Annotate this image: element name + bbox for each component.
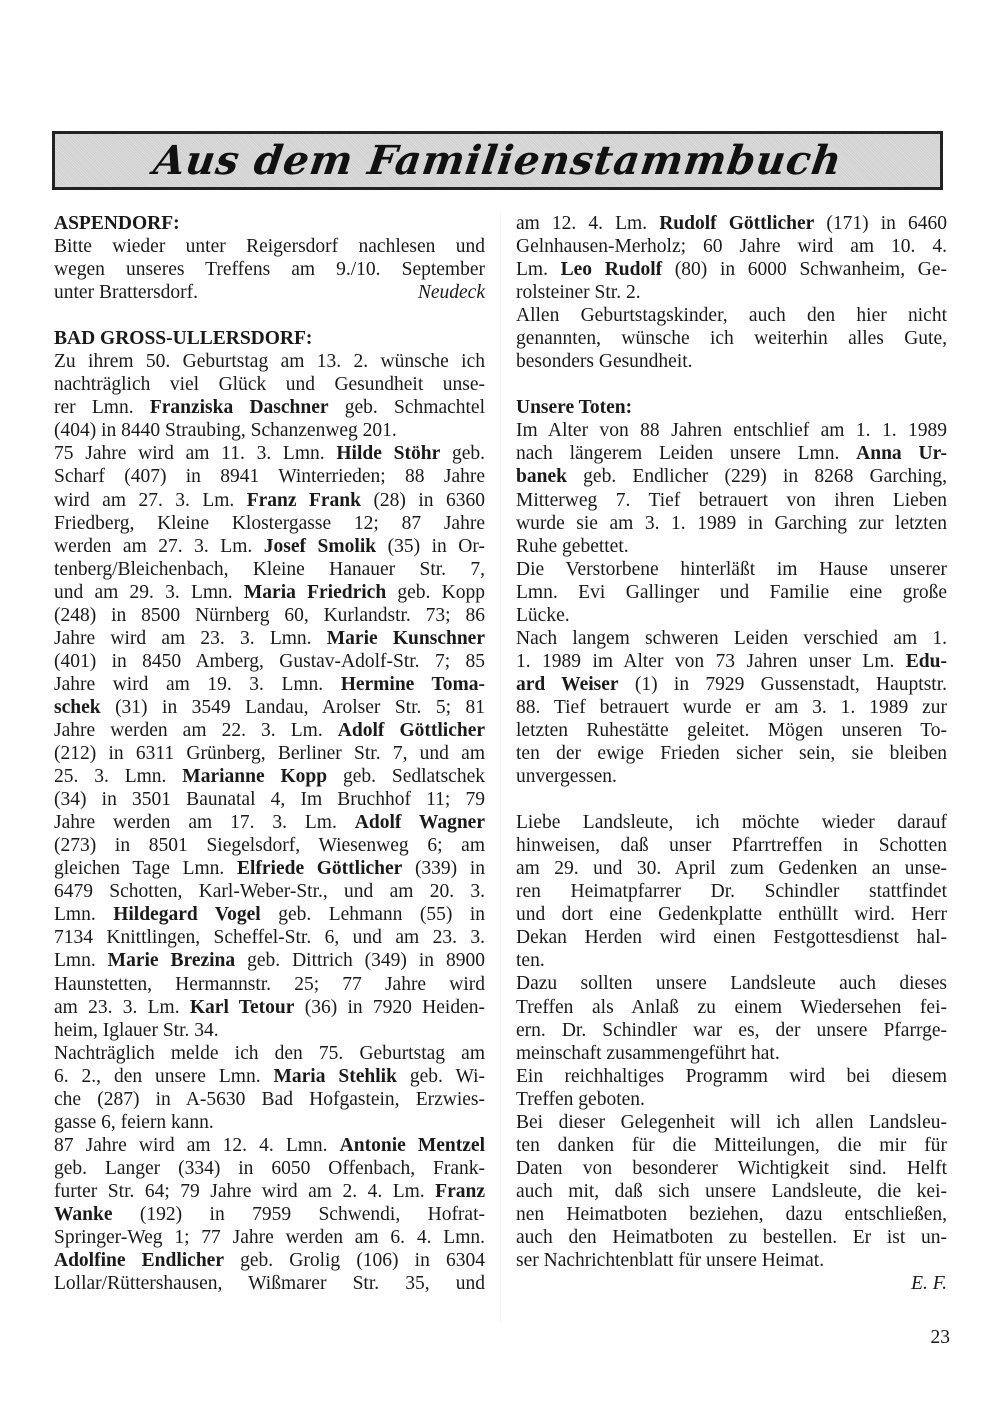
section-heading: ASPENDORF: xyxy=(54,212,485,235)
text-line: gleichen Tage Lmn. Elfriede Göttlicher (… xyxy=(54,857,485,880)
section-aspendorf: ASPENDORF: Bitte wieder unter Reigersdor… xyxy=(54,212,485,304)
text-line: banek geb. Endlicher (229) in 8268 Garch… xyxy=(516,465,947,488)
text-line: Lmn. Evi Gallinger und Familie eine groß… xyxy=(516,581,947,604)
section-body: Liebe Landsleute, ich möchte wieder dara… xyxy=(516,811,947,1272)
text-line: tenberg/Bleichenbach, Kleine Hanauer Str… xyxy=(54,558,485,581)
text-line: genannten, wünsche ich weiterhin alles G… xyxy=(516,327,947,350)
person-name: Edu- xyxy=(906,651,947,672)
text-line: am 29. und 30. April zum Gedenken an uns… xyxy=(516,857,947,880)
text-line: Zu ihrem 50. Geburtstag am 13. 2. wünsch… xyxy=(54,350,485,373)
text-line: Lmn. Marie Brezina geb. Dittrich (349) i… xyxy=(54,949,485,972)
person-name: ard Weiser xyxy=(516,674,619,695)
text-line: ten der ewige Frieden sicher sein, sie b… xyxy=(516,742,947,765)
spacer xyxy=(516,373,947,396)
person-name: Marianne Kopp xyxy=(182,766,327,787)
text-line: furter Str. 64; 79 Jahre wird am 2. 4. L… xyxy=(54,1180,485,1203)
person-name: Anna Ur- xyxy=(856,443,947,464)
section-unsere-toten: Unsere Toten: Im Alter von 88 Jahren ent… xyxy=(516,396,947,788)
person-name: schek xyxy=(54,697,101,718)
text-line-start: unter Brattersdorf. xyxy=(54,281,198,304)
person-name: banek xyxy=(516,466,567,487)
text-line: Daten von besonderer Wichtigkeit sind. H… xyxy=(516,1157,947,1180)
person-name: Leo Rudolf xyxy=(561,259,663,280)
author-signature: Neudeck xyxy=(418,281,485,304)
text-line: rolsteiner Str. 2. xyxy=(516,281,947,304)
text-line: Mitterweg 7. Tief betrauert von ihren Li… xyxy=(516,489,947,512)
text-line: ren Heimatpfarrer Dr. Schindler stattfin… xyxy=(516,880,947,903)
text-line: besonders Gesundheit. xyxy=(516,350,947,373)
text-line: und am 29. 3. Lmn. Maria Friedrich geb. … xyxy=(54,581,485,604)
text-line: Treffen als Anlaß zu einem Wiedersehen f… xyxy=(516,996,947,1019)
text-line: wegen unseres Treffens am 9./10. Septemb… xyxy=(54,258,485,281)
text-line: Liebe Landsleute, ich möchte wieder dara… xyxy=(516,811,947,834)
person-name: Antonie Mentzel xyxy=(340,1135,485,1156)
text-line: Die Verstorbene hinterläßt im Hause unse… xyxy=(516,558,947,581)
text-line: letzten Ruhestätte geleitet. Mögen unser… xyxy=(516,719,947,742)
text-line: heim, Iglauer Str. 34. xyxy=(54,1019,485,1042)
section-letter: Liebe Landsleute, ich möchte wieder dara… xyxy=(516,811,947,1295)
text-line: hinweisen, daß unser Pfarrtreffen in Sch… xyxy=(516,834,947,857)
text-line: meinschaft zusammengeführt hat. xyxy=(516,1042,947,1065)
text-line: Im Alter von 88 Jahren entschlief am 1. … xyxy=(516,419,947,442)
person-name: Marie Brezina xyxy=(108,950,235,971)
page-number: 23 xyxy=(900,1327,950,1349)
text-line: 87 Jahre wird am 12. 4. Lmn. Antonie Men… xyxy=(54,1134,485,1157)
text-line: rer Lmn. Franziska Daschner geb. Schmach… xyxy=(54,396,485,419)
text-line: Bei dieser Gelegenheit will ich allen La… xyxy=(516,1111,947,1134)
text-line: Jahre werden am 17. 3. Lm. Adolf Wagner xyxy=(54,811,485,834)
text-line: Springer-Weg 1; 77 Jahre werden am 6. 4.… xyxy=(54,1226,485,1249)
section-birthdays-continued: am 12. 4. Lm. Rudolf Göttlicher (171) in… xyxy=(516,212,947,373)
person-name: Adolf Göttlicher xyxy=(338,720,485,741)
text-line: Lm. Leo Rudolf (80) in 6000 Schwanheim, … xyxy=(516,258,947,281)
text-line: che (287) in A-5630 Bad Hofgastein, Erzw… xyxy=(54,1088,485,1111)
text-line: Treffen geboten. xyxy=(516,1088,947,1111)
text-line: schek (31) in 3549 Landau, Arolser Str. … xyxy=(54,696,485,719)
text-line: Lücke. xyxy=(516,604,947,627)
text-line: ser Nachrichtenblatt für unsere Heimat. xyxy=(516,1249,947,1272)
text-line: (212) in 6311 Grünberg, Berliner Str. 7,… xyxy=(54,742,485,765)
text-line: Lollar/Rüttershausen, Wißmarer Str. 35, … xyxy=(54,1272,485,1295)
text-line: nen Heimatboten beziehen, dazu entschlie… xyxy=(516,1203,947,1226)
text-line: wurde sie am 3. 1. 1989 in Garching zur … xyxy=(516,512,947,535)
person-name: Hermine Toma- xyxy=(341,674,485,695)
section-body: Im Alter von 88 Jahren entschlief am 1. … xyxy=(516,419,947,788)
person-name: Josef Smolik xyxy=(264,536,376,557)
text-line: gasse 6, feiern kann. xyxy=(54,1111,485,1134)
text-line: (401) in 8450 Amberg, Gustav-Adolf-Str. … xyxy=(54,650,485,673)
text-line: Ruhe gebettet. xyxy=(516,535,947,558)
person-name: Franziska Daschner xyxy=(150,397,329,418)
person-name: Marie Kunschner xyxy=(327,628,485,649)
text-line: nachträglich viel Glück und Gesundheit u… xyxy=(54,373,485,396)
text-line: Bitte wieder unter Reigersdorf nachlesen… xyxy=(54,235,485,258)
text-line: (34) in 3501 Baunatal 4, Im Bruchhof 11;… xyxy=(54,788,485,811)
text-line: Haunstetten, Hermannstr. 25; 77 Jahre wi… xyxy=(54,973,485,996)
text-line: Jahre werden am 22. 3. Lm. Adolf Göttlic… xyxy=(54,719,485,742)
text-line: auch den Heimatboten zu bestellen. Er is… xyxy=(516,1226,947,1249)
person-name: Franz xyxy=(435,1181,485,1202)
person-name: Adolfine Endlicher xyxy=(54,1250,224,1271)
section-banner: Aus dem Familienstammbuch xyxy=(52,131,943,190)
text-line: Jahre wird am 19. 3. Lmn. Hermine Toma- xyxy=(54,673,485,696)
text-line: nach längerem Leiden unsere Lmn. Anna Ur… xyxy=(516,442,947,465)
person-name: Wanke xyxy=(54,1204,113,1225)
person-name: Maria Stehlik xyxy=(274,1066,397,1087)
person-name: Rudolf Göttlicher xyxy=(659,213,814,234)
spacer xyxy=(516,788,947,811)
person-name: Karl Tetour xyxy=(190,997,295,1018)
text-line: Adolfine Endlicher geb. Grolig (106) in … xyxy=(54,1249,485,1272)
text-line: auch mit, daß sich unsere Landsleute, di… xyxy=(516,1180,947,1203)
left-column: ASPENDORF: Bitte wieder unter Reigersdor… xyxy=(54,212,485,1295)
text-line: Lmn. Hildegard Vogel geb. Lehmann (55) i… xyxy=(54,903,485,926)
text-line: Ein reichhaltiges Programm wird bei dies… xyxy=(516,1065,947,1088)
right-column: am 12. 4. Lm. Rudolf Göttlicher (171) in… xyxy=(516,212,947,1295)
text-line: Dazu sollten unsere Landsleute auch dies… xyxy=(516,972,947,995)
text-line: 6. 2., den unsere Lmn. Maria Stehlik geb… xyxy=(54,1065,485,1088)
text-line: unvergessen. xyxy=(516,765,947,788)
text-line: wird am 27. 3. Lm. Franz Frank (28) in 6… xyxy=(54,489,485,512)
text-line: 75 Jahre wird am 11. 3. Lmn. Hilde Stöhr… xyxy=(54,442,485,465)
person-name: Adolf Wagner xyxy=(355,812,485,833)
text-line: Gelnhausen-Merholz; 60 Jahre wird am 10.… xyxy=(516,235,947,258)
text-line: Scharf (407) in 8941 Winterrieden; 88 Ja… xyxy=(54,465,485,488)
column-divider xyxy=(500,212,501,1322)
text-line: 6479 Schotten, Karl-Weber-Str., und am 2… xyxy=(54,880,485,903)
text-line: (273) in 8501 Siegelsdorf, Wiesenweg 6; … xyxy=(54,834,485,857)
text-line: Jahre wird am 23. 3. Lmn. Marie Kunschne… xyxy=(54,627,485,650)
text-line: ten danken für die Mitteilungen, die mir… xyxy=(516,1134,947,1157)
text-line: Nachträglich melde ich den 75. Geburtsta… xyxy=(54,1042,485,1065)
text-line: und dort eine Gedenkplatte enthüllt wird… xyxy=(516,903,947,926)
person-name: Hildegard Vogel xyxy=(113,904,261,925)
text-line: ten. xyxy=(516,949,947,972)
text-line: 7134 Knittlingen, Scheffel-Str. 6, und a… xyxy=(54,926,485,949)
text-line: 25. 3. Lmn. Marianne Kopp geb. Sedlatsch… xyxy=(54,765,485,788)
text-line: am 12. 4. Lm. Rudolf Göttlicher (171) in… xyxy=(516,212,947,235)
person-name: Maria Friedrich xyxy=(244,582,386,603)
text-line: Wanke (192) in 7959 Schwendi, Hofrat- xyxy=(54,1203,485,1226)
person-name: Franz Frank xyxy=(247,490,361,511)
text-line: 1. 1989 im Alter von 73 Jahren unser Lm.… xyxy=(516,650,947,673)
author-signature: E. F. xyxy=(516,1272,947,1295)
text-line: Nach langem schweren Leiden verschied am… xyxy=(516,627,947,650)
text-line: am 23. 3. Lm. Karl Tetour (36) in 7920 H… xyxy=(54,996,485,1019)
text-line: 88. Tief betrauert wurde er am 3. 1. 198… xyxy=(516,696,947,719)
section-heading: BAD GROSS-ULLERSDORF: xyxy=(54,327,485,350)
text-line: unter Brattersdorf. Neudeck xyxy=(54,281,485,304)
section-heading: Unsere Toten: xyxy=(516,396,947,419)
text-line: Allen Geburtstagskinder, auch den hier n… xyxy=(516,304,947,327)
person-name: Elfriede Göttlicher xyxy=(237,858,402,879)
text-line: (404) in 8440 Straubing, Schanzenweg 201… xyxy=(54,419,485,442)
spacer xyxy=(54,304,485,327)
text-line: Dekan Herden wird einen Festgottesdienst… xyxy=(516,926,947,949)
section-body: Zu ihrem 50. Geburtstag am 13. 2. wünsch… xyxy=(54,350,485,1295)
text-line: werden am 27. 3. Lm. Josef Smolik (35) i… xyxy=(54,535,485,558)
text-line: (248) in 8500 Nürnberg 60, Kurlandstr. 7… xyxy=(54,604,485,627)
page-title: Aus dem Familienstammbuch xyxy=(150,137,844,184)
text-line: Friedberg, Kleine Klostergasse 12; 87 Ja… xyxy=(54,512,485,535)
text-line: ern. Dr. Schindler war es, der unsere Pf… xyxy=(516,1019,947,1042)
person-name: Hilde Stöhr xyxy=(336,443,440,464)
text-line: ard Weiser (1) in 7929 Gussenstadt, Haup… xyxy=(516,673,947,696)
section-bad-gross-ullersdorf: BAD GROSS-ULLERSDORF: Zu ihrem 50. Gebur… xyxy=(54,327,485,1295)
text-line: geb. Langer (334) in 6050 Offenbach, Fra… xyxy=(54,1157,485,1180)
